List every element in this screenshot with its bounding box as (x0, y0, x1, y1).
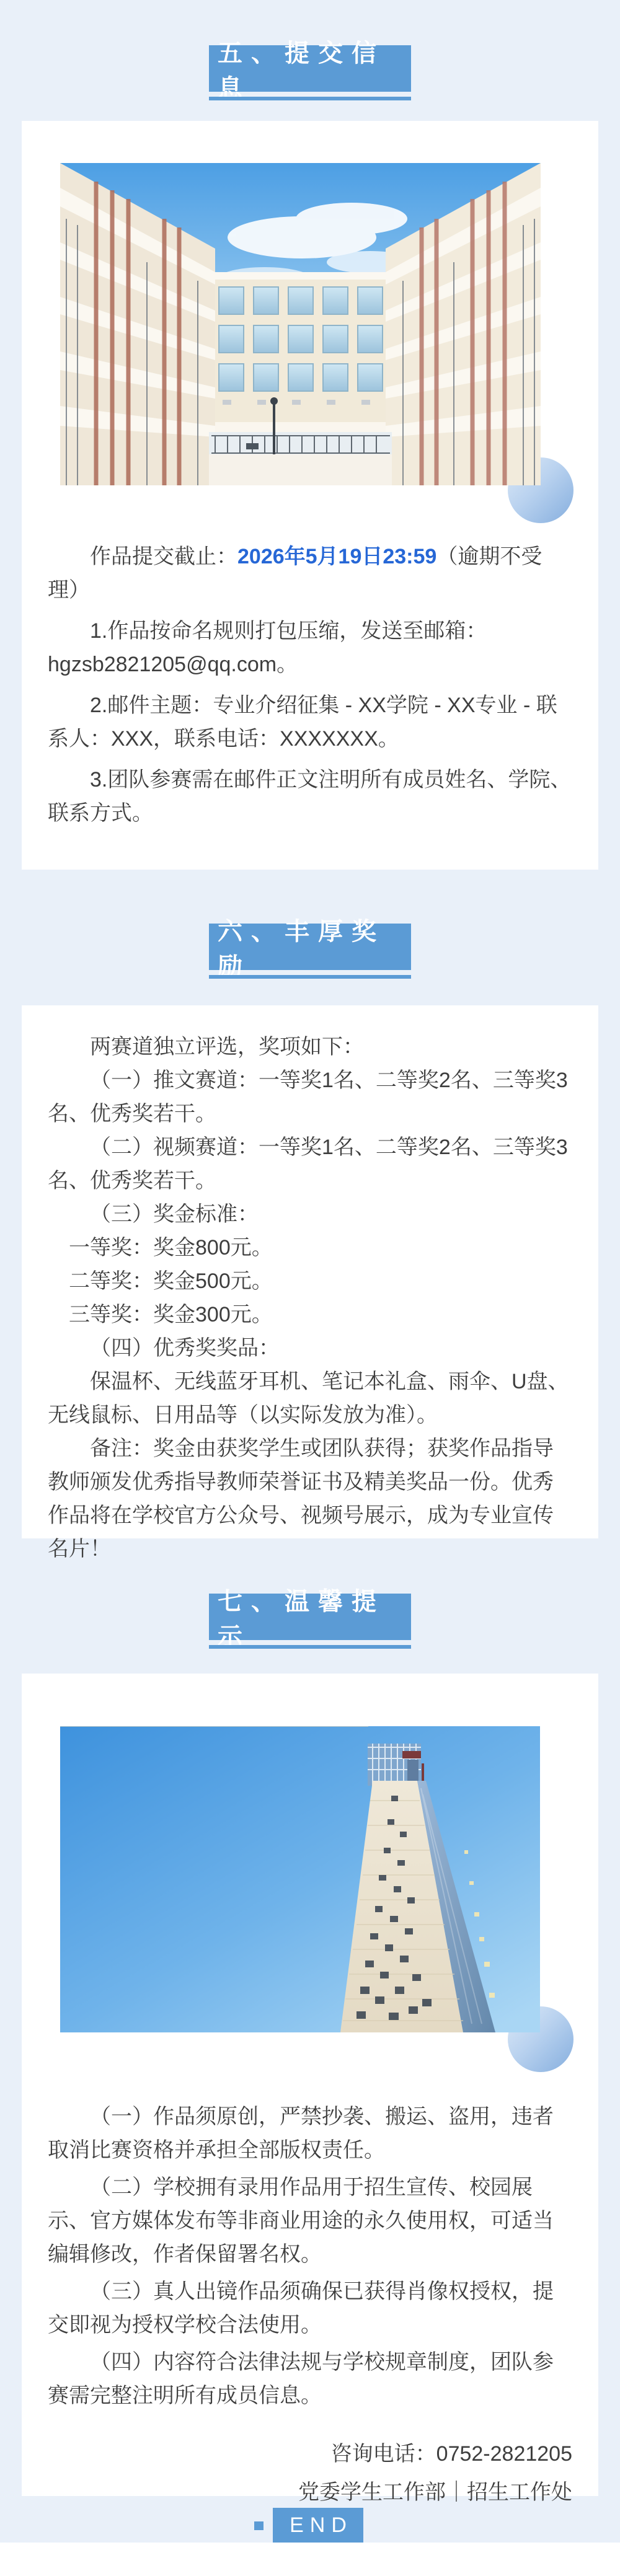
department-signature: 党委学生工作部｜招生工作处 (48, 2473, 572, 2512)
paragraph: 3.团队参赛需在邮件正文注明所有成员姓名、学院、联系方式。 (48, 763, 572, 830)
paragraph: 2.邮件主题：专业介绍征集 - XX学院 - XX专业 - 联系人：XXX，联系… (48, 689, 572, 756)
end-label: END (290, 2513, 353, 2538)
end-badge: END (273, 2508, 363, 2543)
paragraph: 保温杯、无线蓝牙耳机、笔记本礼盒、雨伞、U盘、无线鼠标、日用品等（以实际发放为准… (48, 1365, 572, 1432)
card-submit-info: 作品提交截止：2026年5月19日23:59（逾期不受理） 1.作品按命名规则打… (22, 121, 598, 870)
campus-tower-photo (60, 1726, 540, 2032)
campus-courtyard-photo (60, 163, 541, 485)
section-header-tips: 七、温馨提示 (209, 1594, 411, 1640)
card-tips: （一）作品须原创，严禁抄袭、搬运、盗用，违者取消比赛资格并承担全部版权责任。 （… (22, 1674, 598, 2496)
section-header-underline (209, 1645, 411, 1649)
paragraph: 三等奖：奖金300元。 (48, 1298, 572, 1331)
paragraph: （三）奖金标准： (48, 1198, 572, 1231)
paragraph: 一等奖：奖金800元。 (48, 1231, 572, 1264)
section-header-awards: 六、丰厚奖励 (209, 924, 411, 970)
deadline-date: 2026年5月19日23:59 (237, 545, 436, 568)
section-title: 七、温馨提示 (218, 1582, 411, 1652)
paragraph: （四）优秀奖奖品： (48, 1331, 572, 1365)
paragraph: （四）内容符合法律法规与学校规章制度，团队参赛需完整注明所有成员信息。 (48, 2345, 572, 2412)
contact-block: 咨询电话：0752-2821205 党委学生工作部｜招生工作处 (48, 2435, 572, 2512)
paragraph: （一）推文赛道：一等奖1名、二等奖2名、三等奖3名、优秀奖若干。 (48, 1064, 572, 1131)
deadline-label: 作品提交截止： (90, 545, 237, 568)
awards-text: 两赛道独立评选，奖项如下： （一）推文赛道：一等奖1名、二等奖2名、三等奖3名、… (48, 1030, 572, 1566)
article-page: 五、提交信息 (0, 0, 620, 2576)
paragraph: （二）学校拥有录用作品用于招生宣传、校园展示、官方媒体发布等非商业用途的永久使用… (48, 2171, 572, 2271)
section-header-submit-info: 五、提交信息 (209, 45, 411, 92)
paragraph: （二）视频赛道：一等奖1名、二等奖2名、三等奖3名、优秀奖若干。 (48, 1131, 572, 1198)
paragraph: 备注：奖金由获奖学生或团队获得；获奖作品指导教师颁发优秀指导教师荣誉证书及精美奖… (48, 1432, 572, 1566)
paragraph: （三）真人出镜作品须确保已获得肖像权授权，提交即视为授权学校合法使用。 (48, 2275, 572, 2342)
paragraph: 1.作品按命名规则打包压缩，发送至邮箱：hgzsb2821205@qq.com。 (48, 614, 572, 681)
card-awards: 两赛道独立评选，奖项如下： （一）推文赛道：一等奖1名、二等奖2名、三等奖3名、… (22, 1005, 598, 1538)
section-title: 五、提交信息 (218, 33, 411, 104)
paragraph: （一）作品须原创，严禁抄袭、搬运、盗用，违者取消比赛资格并承担全部版权责任。 (48, 2100, 572, 2167)
end-bullet-square (254, 2521, 263, 2530)
paragraph: 作品提交截止：2026年5月19日23:59（逾期不受理） (48, 540, 572, 607)
submit-info-text: 作品提交截止：2026年5月19日23:59（逾期不受理） 1.作品按命名规则打… (48, 540, 572, 837)
paragraph: 两赛道独立评选，奖项如下： (48, 1030, 572, 1064)
section-title: 六、丰厚奖励 (218, 912, 411, 982)
tips-text: （一）作品须原创，严禁抄袭、搬运、盗用，违者取消比赛资格并承担全部版权责任。 （… (48, 2100, 572, 2512)
contact-phone: 咨询电话：0752-2821205 (48, 2435, 572, 2473)
paragraph: 二等奖：奖金500元。 (48, 1264, 572, 1298)
section-header-underline (209, 97, 411, 100)
section-header-underline (209, 975, 411, 979)
